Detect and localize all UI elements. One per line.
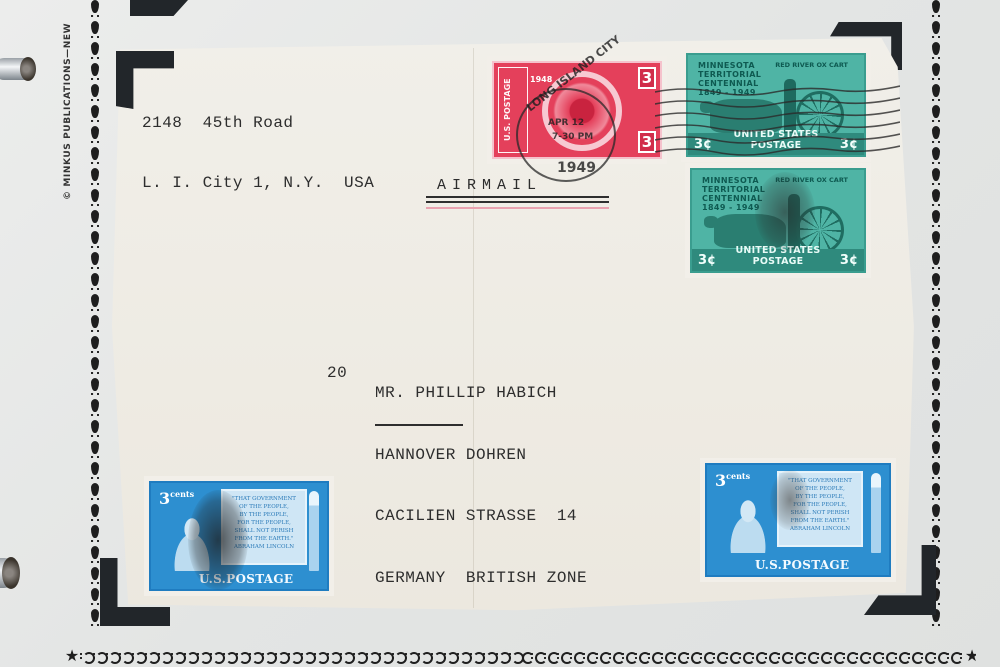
airmail-underline	[426, 196, 609, 198]
tulip-ornament-icon	[931, 84, 941, 102]
photo-corner-upper	[130, 0, 188, 16]
border-ornament-icon	[808, 651, 819, 661]
recipient-line: GERMANY BRITISH ZONE	[375, 568, 587, 589]
border-ornament-icon	[639, 651, 650, 661]
publisher-credit: © MINKUS PUBLICATIONS—NEW	[63, 23, 73, 200]
border-ornament-icon	[730, 651, 741, 661]
tulip-ornament-icon	[931, 63, 941, 81]
tulip-ornament-icon	[931, 105, 941, 123]
border-ornament-icon	[717, 651, 728, 661]
border-ornament-icon	[158, 651, 169, 661]
tulip-ornament-icon	[931, 294, 941, 312]
border-ornament-icon	[223, 651, 234, 661]
border-ornament-icon	[938, 651, 949, 661]
border-ornament-icon	[769, 651, 780, 661]
tulip-ornament-icon	[931, 21, 941, 39]
border-ornament-icon	[444, 651, 455, 661]
border-ornament-icon	[314, 651, 325, 661]
border-ornament-icon	[587, 651, 598, 661]
border-ornament-icon	[535, 651, 546, 661]
cancellation-smudge	[755, 172, 815, 252]
border-ornament-icon	[574, 651, 585, 661]
tulip-ornament-icon	[90, 546, 100, 564]
postmark-year: 1949	[557, 160, 596, 176]
border-ornament-icon	[262, 651, 273, 661]
border-ornament-icon	[626, 651, 637, 661]
recipient-line: CACILIEN STRASSE 14	[375, 506, 587, 527]
border-ornament-icon	[678, 651, 689, 661]
border-ornament-icon	[405, 651, 416, 661]
tulip-ornament-icon	[90, 483, 100, 501]
tulip-ornament-icon	[90, 588, 100, 606]
tulip-ornament-icon	[90, 273, 100, 291]
border-ornament-icon	[119, 651, 130, 661]
border-ornament-icon	[392, 651, 403, 661]
tulip-ornament-icon	[931, 210, 941, 228]
tulip-ornament-icon	[90, 525, 100, 543]
border-ornament-icon	[652, 651, 663, 661]
border-ornament-icon	[951, 651, 962, 661]
cancellation-smudge	[770, 470, 810, 530]
recipient-address: MR. PHILLIP HABICH HANNOVER DOHREN CACIL…	[375, 342, 587, 629]
tulip-ornament-icon	[90, 399, 100, 417]
border-ornament-icon	[821, 651, 832, 661]
border-ornament-icon	[548, 651, 559, 661]
border-ornament-icon	[899, 651, 910, 661]
border-ornament-icon	[145, 651, 156, 661]
border-ornament-icon	[340, 651, 351, 661]
denomination-unit: cents	[170, 489, 194, 499]
tulip-ornament-icon	[90, 105, 100, 123]
tulip-ornament-icon	[90, 357, 100, 375]
cancellation-smudge	[188, 490, 248, 590]
border-ornament-icon	[210, 651, 221, 661]
tulip-ornament-icon	[90, 210, 100, 228]
tulip-ornament-icon	[931, 378, 941, 396]
album-page: © MINKUS PUBLICATIONS—NEW ★★ 2148 45th R…	[0, 0, 1000, 667]
return-address-line: L. I. City 1, N.Y. USA	[142, 173, 374, 193]
border-ornament-icon	[379, 651, 390, 661]
postmark-date: APR 12	[548, 118, 584, 128]
tulip-ornament-icon	[90, 147, 100, 165]
border-ornament-icon	[561, 651, 572, 661]
recipient-house-number: 20	[327, 363, 347, 383]
return-address-line: 2148 45th Road	[142, 113, 374, 133]
border-ornament-icon	[847, 651, 858, 661]
airmail-underline	[426, 201, 609, 203]
border-ornament-icon	[860, 651, 871, 661]
tulip-ornament-icon	[90, 609, 100, 627]
stamp-denomination: 3¢	[840, 253, 858, 268]
tulip-ornament-icon	[90, 336, 100, 354]
tulip-ornament-icon	[931, 252, 941, 270]
border-ornament-icon	[171, 651, 182, 661]
border-ornament-icon	[834, 651, 845, 661]
country-underline	[375, 424, 463, 426]
border-ornament-icon	[288, 651, 299, 661]
album-border-bottom: ★★	[64, 648, 976, 664]
border-ornament-icon	[925, 651, 936, 661]
tulip-ornament-icon	[931, 273, 941, 291]
tulip-ornament-icon	[931, 168, 941, 186]
tulip-ornament-icon	[90, 504, 100, 522]
tulip-ornament-icon	[90, 168, 100, 186]
border-ornament-icon	[912, 651, 923, 661]
denomination-unit: cents	[726, 471, 750, 481]
lincoln-bust-icon	[719, 495, 777, 553]
tulip-ornament-icon	[90, 63, 100, 81]
tulip-ornament-icon	[90, 21, 100, 39]
tulip-ornament-icon	[90, 126, 100, 144]
tulip-ornament-icon	[90, 84, 100, 102]
stamp-denomination: 3	[638, 131, 656, 153]
recipient-line: MR. PHILLIP HABICH	[375, 383, 587, 404]
tulip-ornament-icon	[931, 126, 941, 144]
tulip-ornament-icon	[931, 231, 941, 249]
stamp-banner: U.S.POSTAGE	[755, 558, 849, 572]
border-ornament-icon	[249, 651, 260, 661]
border-ornament-icon	[353, 651, 364, 661]
tulip-ornament-icon	[931, 420, 941, 438]
border-ornament-icon	[704, 651, 715, 661]
border-ornament-icon	[496, 651, 507, 661]
border-ornament-icon	[93, 651, 104, 661]
tulip-ornament-icon	[931, 189, 941, 207]
tulip-ornament-icon	[931, 462, 941, 480]
border-ornament-icon	[509, 651, 520, 661]
tulip-ornament-icon	[931, 42, 941, 60]
border-ornament-icon	[275, 651, 286, 661]
border-ornament-icon	[483, 651, 494, 661]
return-address: 2148 45th Road L. I. City 1, N.Y. USA	[142, 73, 374, 233]
stamp-year: 1948	[530, 75, 552, 84]
album-border-right	[928, 0, 944, 640]
tulip-ornament-icon	[931, 399, 941, 417]
postmark-time: 7-30 PM	[552, 132, 593, 142]
tulip-ornament-icon	[931, 315, 941, 333]
border-ornament-icon	[665, 651, 676, 661]
border-ornament-icon	[756, 651, 767, 661]
airmail-red-underline	[426, 207, 609, 209]
tulip-ornament-icon	[90, 441, 100, 459]
tulip-ornament-icon	[931, 483, 941, 501]
tulip-ornament-icon	[90, 462, 100, 480]
tulip-ornament-icon	[931, 336, 941, 354]
border-ornament-icon	[691, 651, 702, 661]
tulip-ornament-icon	[90, 189, 100, 207]
border-ornament-icon	[236, 651, 247, 661]
border-ornament-icon	[106, 651, 117, 661]
star-ornament-icon: ★	[964, 648, 976, 664]
wavy-cancellation-lines	[655, 78, 900, 164]
recipient-line: HANNOVER DOHREN	[375, 445, 587, 466]
denomination-number: 3	[715, 471, 726, 490]
border-ornament-icon	[457, 651, 468, 661]
border-ornament-icon	[184, 651, 195, 661]
border-ornament-icon	[613, 651, 624, 661]
tulip-ornament-icon	[931, 147, 941, 165]
tulip-ornament-icon	[90, 567, 100, 585]
border-ornament-icon	[600, 651, 611, 661]
stamp-label: U.S. POSTAGE	[503, 78, 512, 141]
star-ornament-icon: ★	[64, 648, 80, 664]
border-ornament-icon	[522, 651, 533, 661]
tulip-ornament-icon	[90, 42, 100, 60]
border-ornament-icon	[431, 651, 442, 661]
stamp-denomination: 3cents	[715, 471, 750, 490]
binder-ring-bottom	[0, 558, 18, 588]
border-ornament-icon	[418, 651, 429, 661]
border-ornament-icon	[795, 651, 806, 661]
border-ornament-icon	[886, 651, 897, 661]
border-ornament-icon	[470, 651, 481, 661]
tulip-ornament-icon	[90, 231, 100, 249]
border-ornament-icon	[366, 651, 377, 661]
binder-ring-top	[0, 58, 34, 80]
stamp-denomination: 3¢	[698, 253, 716, 268]
airmail-marking: AIRMAIL	[437, 176, 542, 196]
border-ornament-icon	[782, 651, 793, 661]
border-ornament-icon	[80, 651, 91, 661]
stamp-subtitle: RED RIVER OX CART	[775, 61, 848, 69]
border-ornament-icon	[132, 651, 143, 661]
border-ornament-icon	[743, 651, 754, 661]
denomination-number: 3	[159, 489, 170, 508]
tulip-ornament-icon	[931, 0, 941, 18]
border-ornament-icon	[327, 651, 338, 661]
stamp-denomination: 3cents	[159, 489, 194, 508]
stamp-denomination: 3	[638, 67, 656, 89]
tulip-ornament-icon	[90, 0, 100, 18]
border-ornament-icon	[873, 651, 884, 661]
border-ornament-icon	[197, 651, 208, 661]
tulip-ornament-icon	[931, 357, 941, 375]
border-ornament-icon	[301, 651, 312, 661]
torch-icon	[871, 473, 881, 553]
torch-icon	[309, 491, 319, 571]
tulip-ornament-icon	[90, 420, 100, 438]
album-border-left	[87, 0, 103, 640]
tulip-ornament-icon	[931, 504, 941, 522]
tulip-ornament-icon	[90, 315, 100, 333]
tulip-ornament-icon	[90, 378, 100, 396]
tulip-ornament-icon	[90, 252, 100, 270]
tulip-ornament-icon	[931, 441, 941, 459]
tulip-ornament-icon	[90, 294, 100, 312]
tulip-ornament-icon	[931, 525, 941, 543]
